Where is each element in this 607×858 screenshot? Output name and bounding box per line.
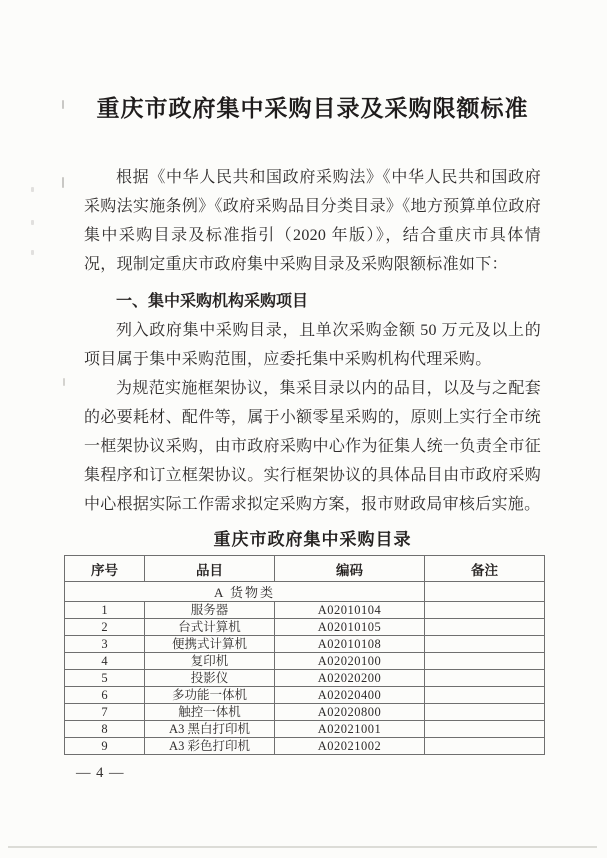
cell-code: A02020800 [275, 704, 425, 721]
table-row: 7 触控一体机 A02020800 [65, 704, 545, 721]
table-row: 9 A3 彩色打印机 A02021002 [65, 738, 545, 755]
scanned-document-page: 重庆市政府集中采购目录及采购限额标准 根据《中华人民共和国政府采购法》《中华人民… [0, 0, 607, 858]
table-row: 2 台式计算机 A02010105 [65, 619, 545, 636]
cell-item: 多功能一体机 [145, 687, 275, 704]
document-title: 重庆市政府集中采购目录及采购限额标准 [84, 93, 541, 125]
cell-code: A02010105 [275, 619, 425, 636]
table-row: 6 多功能一体机 A02020400 [65, 687, 545, 704]
table-row: 3 便携式计算机 A02010108 [65, 636, 545, 653]
scan-speckle [62, 177, 64, 188]
document-content: 重庆市政府集中采购目录及采购限额标准 根据《中华人民共和国政府采购法》《中华人民… [0, 0, 607, 782]
cell-item: 复印机 [145, 653, 275, 670]
header-cell-no: 序号 [65, 556, 145, 582]
table-row: 8 A3 黑白打印机 A02021001 [65, 721, 545, 738]
cell-no: 9 [65, 738, 145, 755]
cell-no: 5 [65, 670, 145, 687]
cell-code: A02020400 [275, 687, 425, 704]
cell-code: A02021001 [275, 721, 425, 738]
scan-speckle [62, 100, 64, 109]
cell-note [425, 602, 545, 619]
cell-item: 投影仪 [145, 670, 275, 687]
scan-speckle [31, 187, 34, 192]
cell-item: A3 彩色打印机 [145, 738, 275, 755]
cell-note [425, 687, 545, 704]
cell-code: A02020200 [275, 670, 425, 687]
cell-item: 触控一体机 [145, 704, 275, 721]
scan-edge-shadow [8, 846, 597, 848]
scan-speckle [31, 220, 34, 225]
cell-no: 6 [65, 687, 145, 704]
category-note-cell [425, 582, 545, 602]
cell-no: 3 [65, 636, 145, 653]
cell-note [425, 738, 545, 755]
cell-item: A3 黑白打印机 [145, 721, 275, 738]
cell-note [425, 619, 545, 636]
cell-code: A02020100 [275, 653, 425, 670]
table-body: A 货物类 1 服务器 A02010104 2 台式计算机 A02010105 … [65, 582, 545, 755]
cell-no: 1 [65, 602, 145, 619]
header-cell-note: 备注 [425, 556, 545, 582]
cell-note [425, 670, 545, 687]
procurement-catalog-table: 序号 品目 编码 备注 A 货物类 1 服务器 A02010104 2 台式计算… [64, 555, 545, 755]
table-title: 重庆市政府集中采购目录 [84, 527, 541, 553]
cell-code: A02021002 [275, 738, 425, 755]
table-row: 1 服务器 A02010104 [65, 602, 545, 619]
cell-no: 8 [65, 721, 145, 738]
cell-note [425, 704, 545, 721]
cell-note [425, 721, 545, 738]
cell-no: 2 [65, 619, 145, 636]
table-header-row: 序号 品目 编码 备注 [65, 556, 545, 582]
cell-item: 服务器 [145, 602, 275, 619]
header-cell-code: 编码 [275, 556, 425, 582]
cell-no: 7 [65, 704, 145, 721]
cell-code: A02010104 [275, 602, 425, 619]
table-row: 4 复印机 A02020100 [65, 653, 545, 670]
cell-item: 便携式计算机 [145, 636, 275, 653]
intro-paragraph: 根据《中华人民共和国政府采购法》《中华人民共和国政府采购法实施条例》《政府采购品… [84, 163, 541, 279]
cell-item: 台式计算机 [145, 619, 275, 636]
category-cell: A 货物类 [65, 582, 425, 602]
table-row: 5 投影仪 A02020200 [65, 670, 545, 687]
section-heading: 一、集中采购机构采购项目 [84, 287, 541, 316]
cell-note [425, 636, 545, 653]
section-paragraph-1: 列入政府集中采购目录，且单次采购金额 50 万元及以上的项目属于集中采购范围，应… [84, 316, 541, 374]
cell-code: A02010108 [275, 636, 425, 653]
page-number: — 4 — [76, 765, 541, 782]
scan-speckle [63, 378, 65, 386]
header-cell-item: 品目 [145, 556, 275, 582]
cell-note [425, 653, 545, 670]
scan-speckle [31, 250, 34, 255]
section-paragraph-2: 为规范实施框架协议，集采目录以内的品目，以及与之配套的必要耗材、配件等，属于小额… [84, 374, 541, 519]
cell-no: 4 [65, 653, 145, 670]
category-row: A 货物类 [65, 582, 545, 602]
